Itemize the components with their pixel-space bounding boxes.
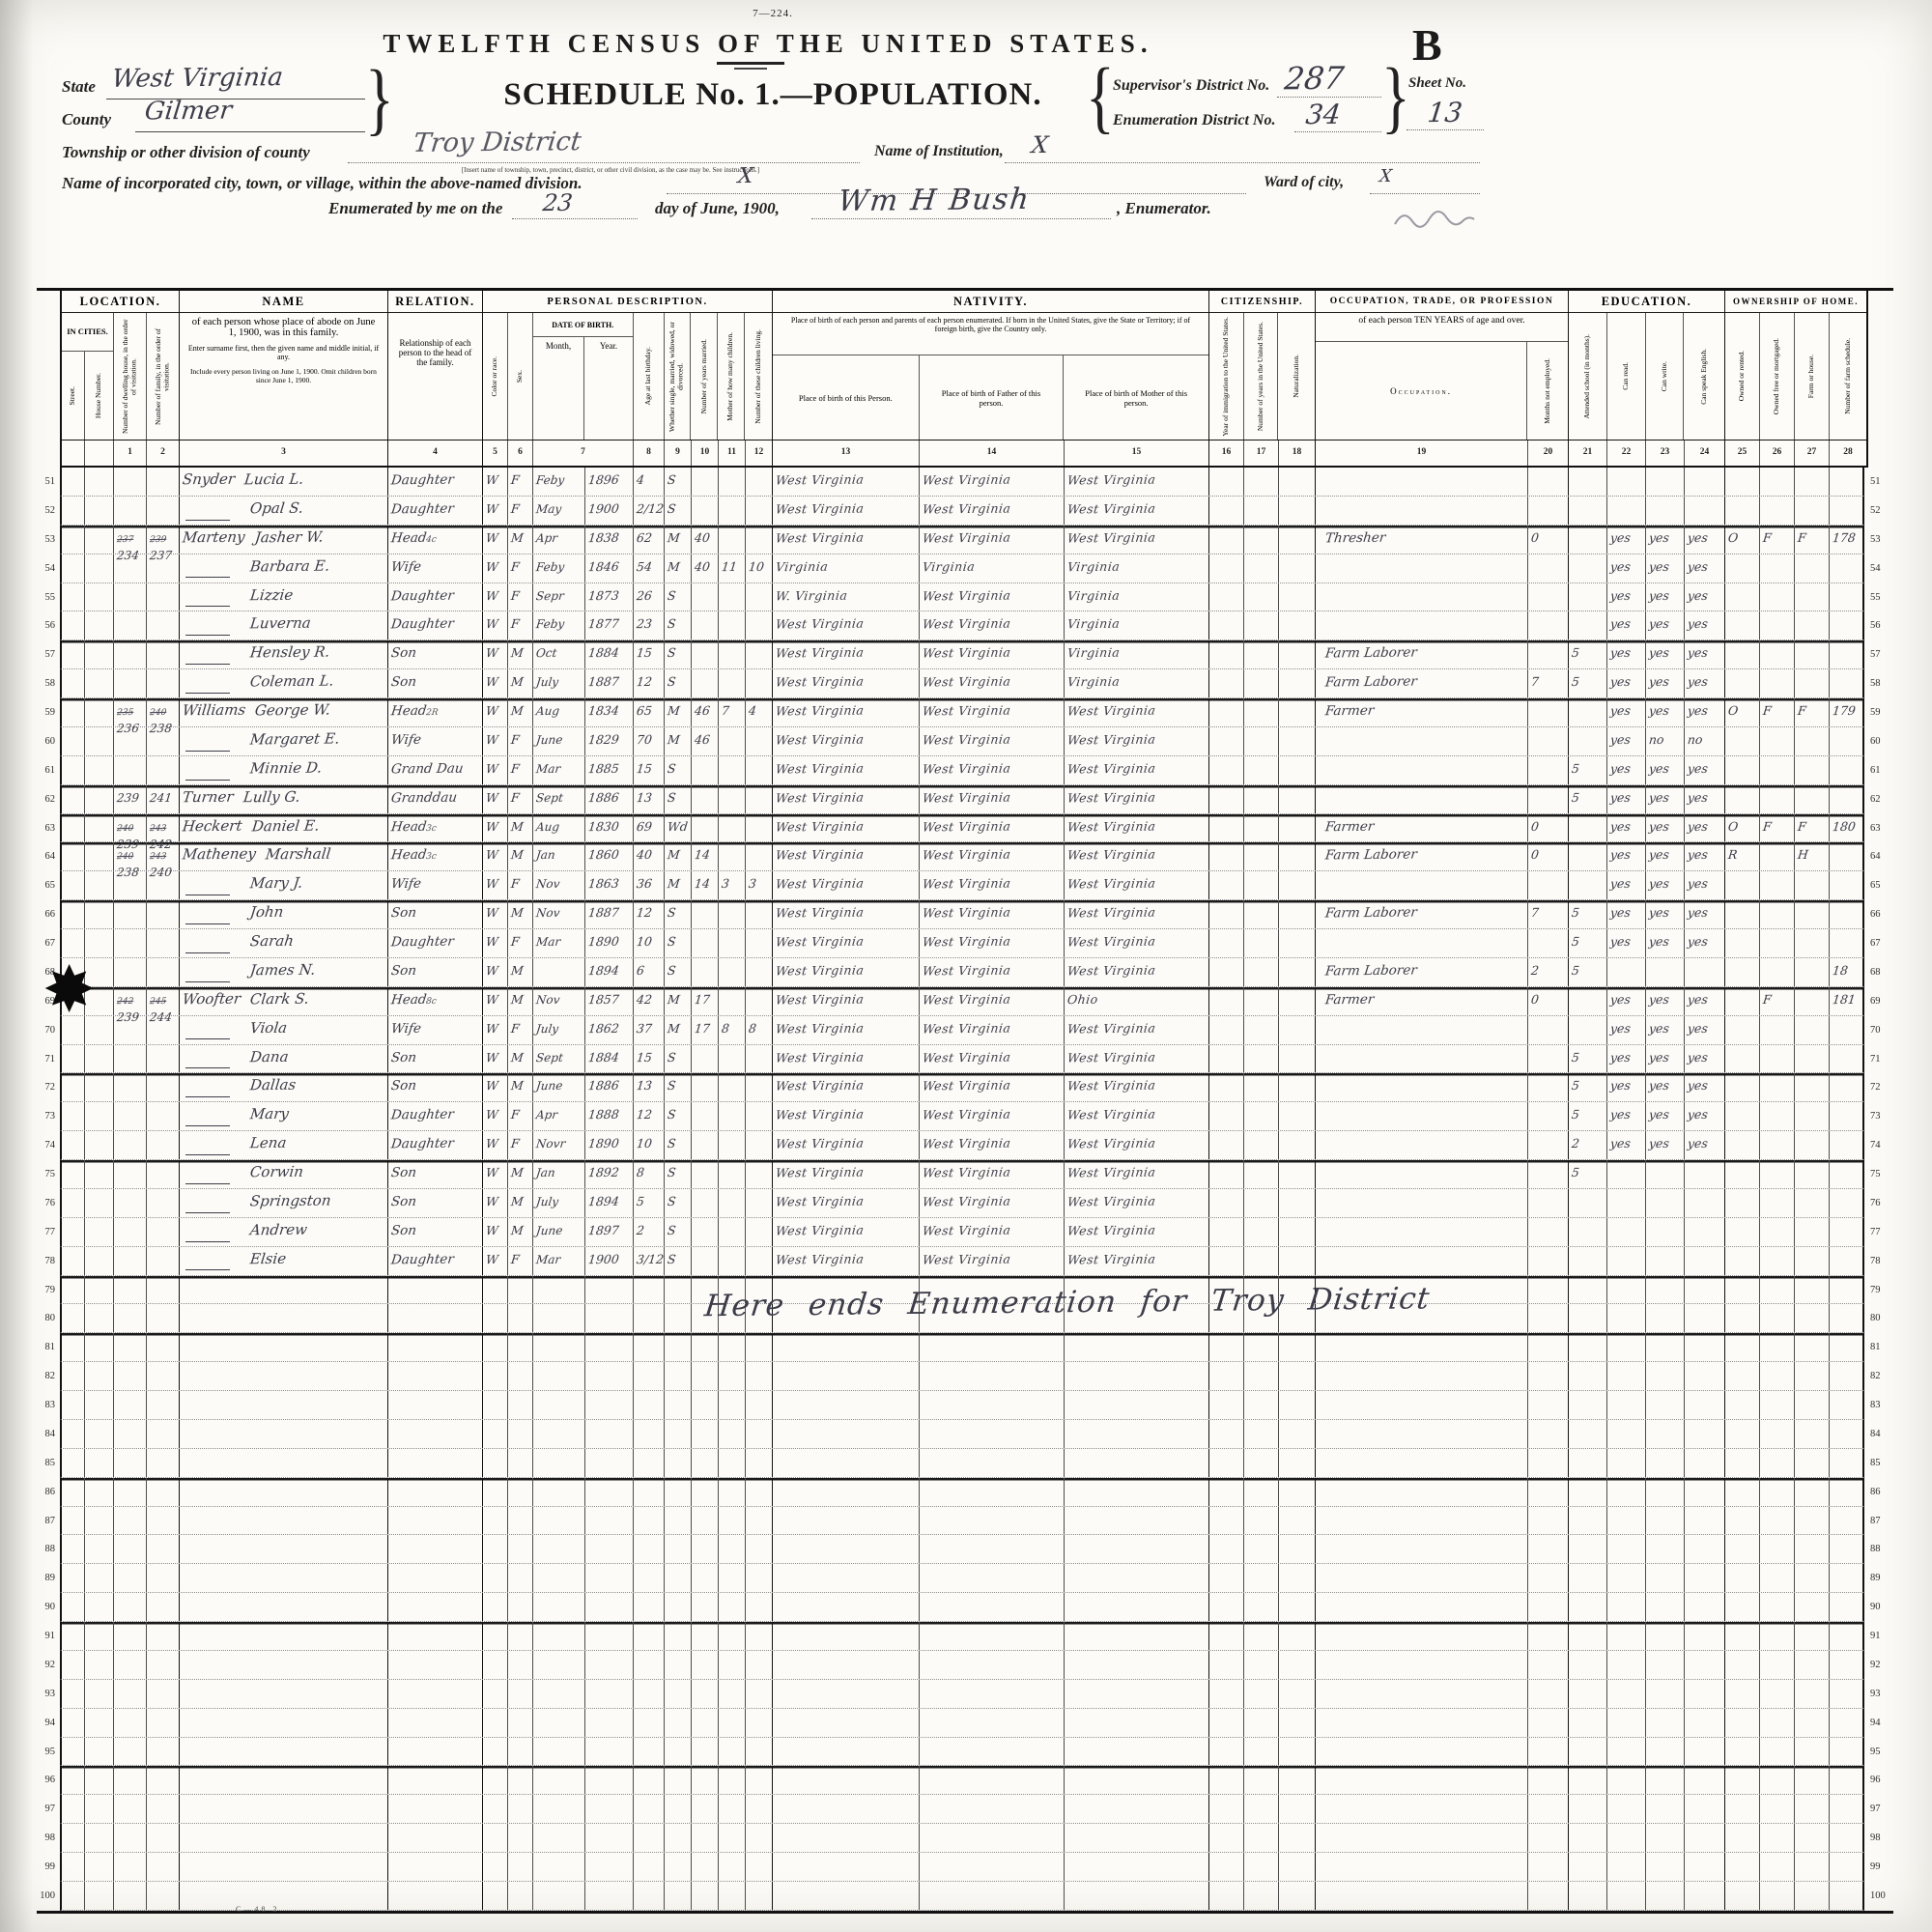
cell-mother-of [719, 756, 746, 784]
cell-occupation [1316, 1160, 1528, 1188]
cell-pob-person: West Virginia [773, 526, 920, 554]
cell-pob-person [773, 1593, 920, 1621]
cell-can-write: yes [1646, 554, 1685, 582]
cell-birth-month: Sept [533, 785, 585, 813]
cell-family: 243242 [147, 814, 180, 842]
cell-color: W [483, 669, 508, 697]
row-number-left: 55 [37, 583, 60, 612]
cell-english: no [1685, 727, 1725, 755]
cell-age: 4 [634, 468, 665, 496]
cell-pob-person: West Virginia [773, 842, 920, 870]
cell-farm-house [1795, 1160, 1830, 1188]
cell-english [1685, 1622, 1725, 1650]
row-number-left: 71 [37, 1045, 60, 1074]
cell-farm-house [1795, 1795, 1830, 1823]
cell-marital: S [665, 497, 692, 525]
cell-owned-rented [1725, 1680, 1760, 1708]
cell-months-unemployed [1528, 468, 1569, 496]
cell-mother-of: 11 [719, 554, 746, 582]
cell-birth-month: Mar [533, 756, 585, 784]
cell-owned-rented [1725, 1709, 1760, 1737]
cell-house [85, 1766, 114, 1794]
cell-years-married [692, 1420, 719, 1448]
cell-years-married [692, 1824, 719, 1852]
cell-farm-schedule: 181 [1830, 987, 1866, 1015]
cell-months-unemployed [1528, 1478, 1569, 1506]
cell-mother-of [719, 727, 746, 755]
cell-color [483, 1535, 508, 1563]
table-row: 71 Dana Son W M Sept 1884 15 S [37, 1045, 1893, 1074]
cell-pob-father: West Virginia [920, 727, 1065, 755]
institution-label: Name of Institution, [874, 143, 1004, 160]
cell-children-living [746, 727, 773, 755]
cell-farm-house [1795, 1073, 1830, 1101]
colnum-14: 14 [920, 440, 1065, 466]
cell-school [1569, 1218, 1607, 1246]
cell-mother-of [719, 1160, 746, 1188]
row-number-right: 99 [1864, 1853, 1893, 1882]
cell-family: 241 [147, 785, 180, 813]
cell-farm-house: H [1795, 842, 1830, 870]
cell-months-unemployed [1528, 698, 1569, 726]
cell-pob-person [773, 1795, 920, 1823]
cell-farm-house [1795, 1449, 1830, 1477]
table-row: 82 [37, 1362, 1893, 1391]
cell-mother-of [719, 1680, 746, 1708]
cell-dwelling [114, 1102, 147, 1130]
cell-dwelling: 237234 [114, 526, 147, 554]
col-street-label: Street. [69, 386, 77, 405]
cell-children-living [746, 497, 773, 525]
cell-marital: S [665, 583, 692, 611]
cell-owned-rented [1725, 1131, 1760, 1159]
cell-dwelling [114, 1016, 147, 1044]
cell-can-write: yes [1646, 640, 1685, 668]
cell-pob-father: West Virginia [920, 497, 1065, 525]
cell-naturalization [1279, 1189, 1316, 1217]
cell-birth-month: Novr [533, 1131, 585, 1159]
cell-naturalization [1279, 1218, 1316, 1246]
cell-birth-month [533, 1882, 585, 1910]
cell-house [85, 583, 114, 611]
cell-free-mortgaged [1760, 640, 1795, 668]
cell-english: yes [1685, 871, 1725, 899]
cell-months-unemployed [1528, 1882, 1569, 1910]
cell-farm-schedule [1830, 1795, 1866, 1823]
cell-birth-year [585, 1420, 634, 1448]
cell-school [1569, 583, 1607, 611]
cell-dwelling [114, 1478, 147, 1506]
cell-family: 239237 [147, 526, 180, 554]
cell-years-us [1244, 1391, 1279, 1419]
cell-age [634, 1853, 665, 1881]
colnum-9: 9 [665, 440, 692, 466]
cell-months-unemployed [1528, 727, 1569, 755]
cell-can-write: yes [1646, 814, 1685, 842]
cell-sex: M [508, 814, 533, 842]
cell-name [180, 1882, 388, 1910]
cell-relation [388, 1824, 483, 1852]
cell-free-mortgaged [1760, 1622, 1795, 1650]
cell-occupation [1316, 929, 1528, 957]
table-row: 91 [37, 1622, 1893, 1651]
cell-pob-person: West Virginia [773, 1160, 920, 1188]
cell-can-read [1607, 1651, 1646, 1679]
township-label: Township or other division of county [62, 143, 310, 162]
cell-age [634, 1478, 665, 1506]
row-number-right: 67 [1864, 929, 1893, 958]
cell-farm-house [1795, 1651, 1830, 1679]
row-number-left: 81 [37, 1333, 60, 1362]
cell-can-read [1607, 1478, 1646, 1506]
cell-children-living [746, 785, 773, 813]
cell-english: yes [1685, 1073, 1725, 1101]
cell-immigration-year [1209, 1391, 1244, 1419]
row-number-left: 80 [37, 1304, 60, 1333]
cell-marital [665, 1362, 692, 1390]
cell-can-read [1607, 1449, 1646, 1477]
cell-school: 5 [1569, 640, 1607, 668]
row-number-right: 86 [1864, 1478, 1893, 1507]
cell-english [1685, 958, 1725, 986]
row-number-right: 89 [1864, 1564, 1893, 1593]
cell-dwelling: 239 [114, 785, 147, 813]
cell-years-married [692, 958, 719, 986]
cell-birth-year [585, 1882, 634, 1910]
cell-mother-of [719, 583, 746, 611]
cell-marital: M [665, 871, 692, 899]
cell-naturalization [1279, 1160, 1316, 1188]
cell-relation [388, 1622, 483, 1650]
cell-can-read [1607, 1189, 1646, 1217]
cell-can-read [1607, 1535, 1646, 1563]
cell-age: 69 [634, 814, 665, 842]
cell-immigration-year [1209, 958, 1244, 986]
cell-naturalization [1279, 1593, 1316, 1621]
cell-mother-of [719, 1449, 746, 1477]
cell-years-us [1244, 1131, 1279, 1159]
col-family-label: Number of family, in the order of visita… [155, 316, 171, 438]
cell-english [1685, 1362, 1725, 1390]
cell-relation [388, 1304, 483, 1332]
cell-years-us [1244, 1160, 1279, 1188]
cell-years-us [1244, 1218, 1279, 1246]
cell-owned-rented [1725, 1564, 1760, 1592]
cell-years-us [1244, 1795, 1279, 1823]
cell-relation [388, 1333, 483, 1361]
cell-pob-mother: West Virginia [1065, 526, 1209, 554]
cell-english [1685, 1593, 1725, 1621]
cell-street [62, 583, 85, 611]
cell-immigration-year [1209, 900, 1244, 928]
cell-birth-month [533, 1362, 585, 1390]
cell-immigration-year [1209, 842, 1244, 870]
cell-name [180, 1304, 388, 1332]
cell-family [147, 611, 180, 639]
cell-pob-father [920, 1420, 1065, 1448]
group-location: LOCATION. IN CITIES. Street. House Numbe… [62, 291, 180, 440]
cell-english [1685, 1738, 1725, 1766]
cell-name: Lena [180, 1131, 388, 1159]
cell-pob-mother [1065, 1651, 1209, 1679]
cell-marital: S [665, 640, 692, 668]
cell-birth-month: June [533, 1073, 585, 1101]
cell-children-living [746, 1795, 773, 1823]
cell-children-living: 3 [746, 871, 773, 899]
cell-relation: Daughter [388, 929, 483, 957]
cell-birth-month [533, 1333, 585, 1361]
cell-house [85, 1709, 114, 1737]
table-row: 53 237234 239237 MartenyJasher W. Head4c… [37, 526, 1893, 554]
cell-age: 12 [634, 1102, 665, 1130]
cell-years-us [1244, 814, 1279, 842]
cell-age: 40 [634, 842, 665, 870]
cell-english [1685, 1680, 1725, 1708]
name-desc-2: Enter surname first, then the given name… [187, 344, 380, 361]
row-number-left: 61 [37, 756, 60, 785]
cell-name [180, 1276, 388, 1304]
cell-naturalization [1279, 1824, 1316, 1852]
cell-occupation [1316, 1045, 1528, 1073]
cell-house [85, 814, 114, 842]
enumerated-day: 23 [541, 189, 574, 216]
cell-name: Coleman L. [180, 669, 388, 697]
cell-can-write [1646, 1420, 1685, 1448]
cell-owned-rented [1725, 1391, 1760, 1419]
cell-street [62, 1593, 85, 1621]
cell-marital: M [665, 1016, 692, 1044]
cell-color [483, 1766, 508, 1794]
colnum-2: 2 [147, 440, 180, 466]
cell-family [147, 468, 180, 496]
cell-english [1685, 1824, 1725, 1852]
cell-birth-month: Nov [533, 871, 585, 899]
cell-english: yes [1685, 698, 1725, 726]
cell-owned-rented [1725, 1247, 1760, 1275]
cell-owned-rented [1725, 1795, 1760, 1823]
cell-name [180, 1795, 388, 1823]
cell-age: 65 [634, 698, 665, 726]
cell-pob-mother [1065, 1853, 1209, 1881]
cell-street [62, 756, 85, 784]
cell-english [1685, 1333, 1725, 1361]
cell-owned-rented [1725, 1189, 1760, 1217]
cell-years-us [1244, 1102, 1279, 1130]
cell-months-unemployed [1528, 1276, 1569, 1304]
cell-owned-rented [1725, 1073, 1760, 1101]
district-brace-right: } [1381, 52, 1410, 145]
cell-house [85, 1795, 114, 1823]
cell-relation [388, 1362, 483, 1390]
cell-farm-house [1795, 1102, 1830, 1130]
cell-relation [388, 1766, 483, 1794]
institution-value: X [1030, 131, 1049, 158]
schedule-title: SCHEDULE No. 1.—POPULATION. [464, 77, 1082, 113]
cell-school: 5 [1569, 785, 1607, 813]
table-row: 89 [37, 1564, 1893, 1593]
cell-school [1569, 871, 1607, 899]
cell-occupation [1316, 1189, 1528, 1217]
colnum-25: 25 [1725, 440, 1760, 466]
cell-relation: Son [388, 669, 483, 697]
cell-pob-person: West Virginia [773, 929, 920, 957]
cell-occupation: Farm Laborer [1316, 900, 1528, 928]
col-age-label: Age at last birthday. [644, 347, 653, 405]
row-number-left: 89 [37, 1564, 60, 1593]
cell-color: W [483, 1073, 508, 1101]
cell-pob-person: West Virginia [773, 1218, 920, 1246]
column-number-row: 1 2 3 4 5 6 7 8 9 10 11 12 13 14 15 16 1… [37, 440, 1893, 468]
colnum-7: 7 [533, 440, 634, 466]
cell-can-read [1607, 1738, 1646, 1766]
cell-house [85, 1738, 114, 1766]
cell-years-married: 14 [692, 871, 719, 899]
cell-birth-year: 1894 [585, 958, 634, 986]
row-number-left: 51 [37, 468, 60, 497]
cell-can-read: yes [1607, 785, 1646, 813]
cell-name [180, 1507, 388, 1535]
cell-sex: M [508, 1045, 533, 1073]
cell-farm-house [1795, 1564, 1830, 1592]
cell-street [62, 1102, 85, 1130]
cell-years-married [692, 669, 719, 697]
cell-immigration-year [1209, 756, 1244, 784]
cell-naturalization [1279, 1391, 1316, 1419]
cell-pob-father: West Virginia [920, 814, 1065, 842]
cell-sex [508, 1276, 533, 1304]
cell-house [85, 727, 114, 755]
cell-birth-month [533, 1766, 585, 1794]
cell-pob-mother: West Virginia [1065, 727, 1209, 755]
cell-months-unemployed: 0 [1528, 814, 1569, 842]
cell-months-unemployed [1528, 1420, 1569, 1448]
cell-street [62, 814, 85, 842]
cell-sex: F [508, 468, 533, 496]
cell-farm-schedule [1830, 1362, 1866, 1390]
cell-birth-year: 1873 [585, 583, 634, 611]
cell-farm-schedule [1830, 611, 1866, 639]
cell-street [62, 1304, 85, 1332]
cell-dwelling [114, 1073, 147, 1101]
cell-house [85, 1045, 114, 1073]
table-row: 70 Viola Wife W F July 1862 37 M [37, 1016, 1893, 1045]
cell-school: 5 [1569, 756, 1607, 784]
cell-sex: M [508, 1218, 533, 1246]
cell-farm-schedule [1830, 669, 1866, 697]
cell-can-read [1607, 1362, 1646, 1390]
cell-farm-schedule: 180 [1830, 814, 1866, 842]
cell-can-write: yes [1646, 842, 1685, 870]
cell-name [180, 1593, 388, 1621]
cell-color: W [483, 871, 508, 899]
cell-free-mortgaged [1760, 1593, 1795, 1621]
cell-name: WoofterClark S. [180, 987, 388, 1015]
row-number-right: 61 [1864, 756, 1893, 785]
cell-family [147, 1449, 180, 1477]
cell-can-write [1646, 1304, 1685, 1332]
cell-pob-person: West Virginia [773, 900, 920, 928]
cell-birth-month: July [533, 669, 585, 697]
cell-birth-year: 1886 [585, 785, 634, 813]
cell-birth-month: Aug [533, 698, 585, 726]
cell-english [1685, 1160, 1725, 1188]
cell-birth-month: Nov [533, 987, 585, 1015]
cell-owned-rented [1725, 1449, 1760, 1477]
cell-pob-person: West Virginia [773, 698, 920, 726]
cell-pob-person [773, 1507, 920, 1535]
cell-house [85, 1276, 114, 1304]
cell-occupation [1316, 1853, 1528, 1881]
cell-occupation [1316, 1680, 1528, 1708]
cell-immigration-year [1209, 1218, 1244, 1246]
cell-school [1569, 1738, 1607, 1766]
cell-sex: F [508, 611, 533, 639]
cell-pob-person [773, 1680, 920, 1708]
cell-english [1685, 1189, 1725, 1217]
cell-name: Lizzie [180, 583, 388, 611]
cell-birth-year [585, 1738, 634, 1766]
cell-occupation: Farm Laborer [1316, 669, 1528, 697]
cell-color: W [483, 1189, 508, 1217]
county-label: County [62, 110, 111, 129]
cell-pob-person: West Virginia [773, 1102, 920, 1130]
cell-free-mortgaged [1760, 611, 1795, 639]
cell-owned-rented [1725, 1651, 1760, 1679]
cell-pob-mother: West Virginia [1065, 1247, 1209, 1275]
cell-dwelling [114, 583, 147, 611]
cell-farm-schedule [1830, 1622, 1866, 1650]
cell-naturalization [1279, 1016, 1316, 1044]
cell-school [1569, 727, 1607, 755]
col-pob-mother-label: Place of birth of Mother of this person. [1064, 355, 1208, 440]
cell-name [180, 1420, 388, 1448]
cell-english: yes [1685, 1131, 1725, 1159]
table-row: 95 [37, 1738, 1893, 1767]
cell-free-mortgaged [1760, 1102, 1795, 1130]
cell-owned-rented [1725, 958, 1760, 986]
row-number-left: 88 [37, 1535, 60, 1564]
cell-sex [508, 1766, 533, 1794]
cell-can-read: yes [1607, 900, 1646, 928]
cell-immigration-year [1209, 1622, 1244, 1650]
cell-street [62, 1362, 85, 1390]
cell-mother-of [719, 640, 746, 668]
cell-birth-month [533, 1391, 585, 1419]
cell-can-write [1646, 1709, 1685, 1737]
cell-dwelling [114, 756, 147, 784]
cell-pob-father: West Virginia [920, 526, 1065, 554]
cell-school: 5 [1569, 1102, 1607, 1130]
cell-name: Mary [180, 1102, 388, 1130]
row-number-right: 79 [1864, 1276, 1893, 1305]
row-number-right: 94 [1864, 1709, 1893, 1738]
cell-pob-father [920, 1362, 1065, 1390]
cell-age: 42 [634, 987, 665, 1015]
cell-years-married [692, 583, 719, 611]
cell-pob-father: West Virginia [920, 611, 1065, 639]
cell-can-write [1646, 1564, 1685, 1592]
cell-birth-year [585, 1362, 634, 1390]
cell-free-mortgaged [1760, 929, 1795, 957]
cell-family [147, 1738, 180, 1766]
cell-school [1569, 497, 1607, 525]
cell-color [483, 1651, 508, 1679]
cell-months-unemployed: 2 [1528, 958, 1569, 986]
cell-street [62, 785, 85, 813]
cell-mother-of [719, 1738, 746, 1766]
cell-age: 10 [634, 1131, 665, 1159]
cell-can-write [1646, 1795, 1685, 1823]
